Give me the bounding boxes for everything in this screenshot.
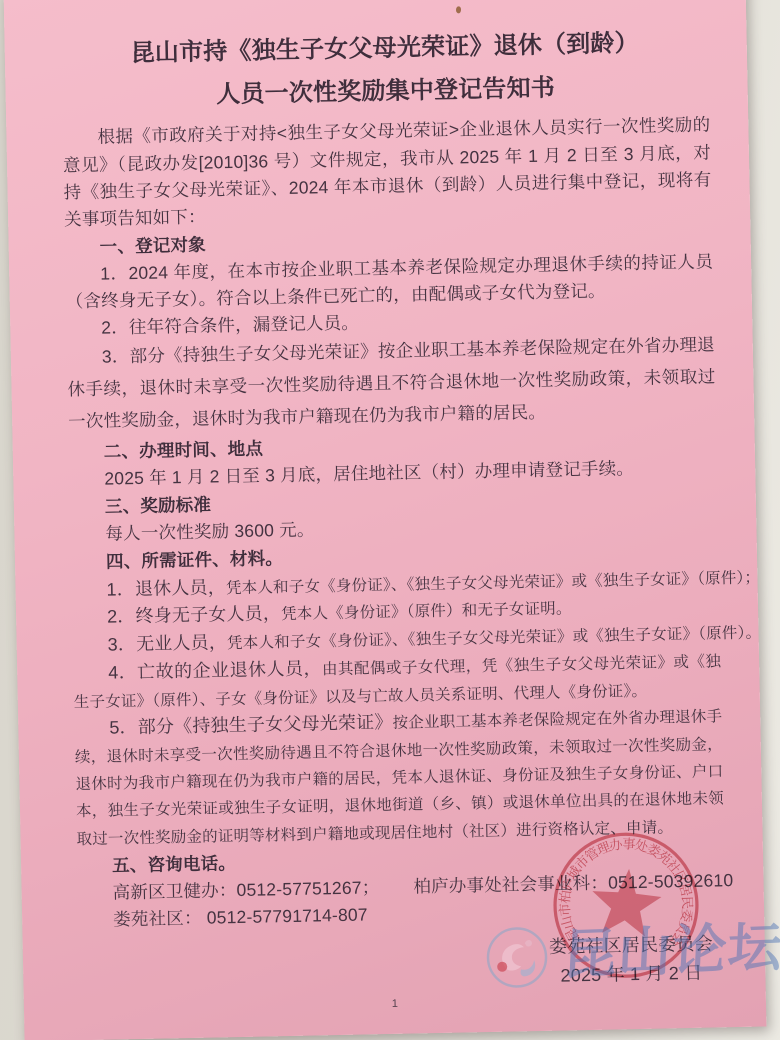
contact2-phone: 0512-50392610 [608,870,734,893]
photo-background: 昆山市持《独生子女父母光荣证》退休（到龄） 人员一次性奖励集中登记告知书 根据《… [0,0,780,1040]
item1-lead: 1．退休人员， [106,577,226,599]
contact3-phone: 0512-57791714-807 [201,904,367,927]
item3-lead: 3．无业人员， [107,633,227,655]
item5-lead: 5．部分《持独生子女父母光荣证》 [109,712,393,738]
contact2-label: 柏庐办事处社会事业科： [413,872,608,896]
page-number: 1 [392,998,398,1010]
contact1-label: 高新区卫健办： [112,880,236,902]
doc-title: 昆山市持《独生子女父母光荣证》退休（到龄） 人员一次性奖励集中登记告知书 [60,21,710,119]
section4-item5: 5．部分《持独生子女父母光荣证》按企业职工基本养老保险规定在外省办理退休手续，退… [74,703,725,852]
contact1-phone: 0512-57751267； [236,877,379,900]
signature-block: 娄苑社区居民委员会 2025 年 1 月 2 日 [79,929,728,1000]
signature-org: 娄苑社区居民委员会 [549,930,713,962]
signature-date: 2025 年 1 月 2 日 [549,958,713,990]
intro-paragraph: 根据《市政府关于对持<独生子女父母光荣证>企业退休人员实行一次性奖励的意见》（昆… [62,112,712,233]
section1-item3: 3．部分《持独生子女父母光荣证》按企业职工基本养老保险规定在外省办理退休手续，退… [67,330,717,439]
contact3-label: 娄苑社区： [113,908,202,930]
notice-paper: 昆山市持《独生子女父母光荣证》退休（到龄） 人员一次性奖励集中登记告知书 根据《… [4,0,767,1040]
item4-lead: 4．亡故的企业退休人员， [108,659,322,683]
notice-content: 昆山市持《独生子女父母光荣证》退休（到龄） 人员一次性奖励集中登记告知书 根据《… [4,0,766,1001]
item2-rest: 凭本人《身份证》（原件）和无子女证明。 [281,601,572,624]
item2-lead: 2．终身无子女人员， [107,604,281,627]
contact-gap [380,892,414,893]
